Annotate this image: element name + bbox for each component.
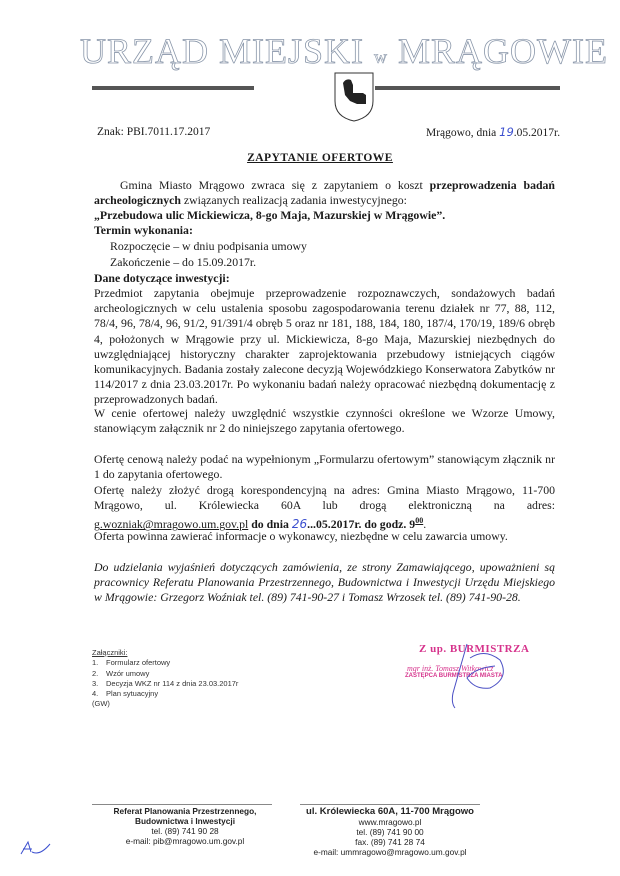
- investment-data-paragraph: Przedmiot zapytania obejmuje przeprowadz…: [94, 286, 555, 408]
- termin-heading: Termin wykonania:: [94, 223, 193, 238]
- reference-label: Znak:: [97, 126, 124, 138]
- author-initials: (GW): [92, 699, 238, 709]
- intro-paragraph: Gmina Miasto Mrągowo zwraca się z zapyta…: [94, 178, 555, 208]
- price-paragraph: W cenie ofertowej należy uwzględnić wszy…: [94, 406, 555, 436]
- date-rest: .05.2017r.: [514, 127, 560, 139]
- footer-office-address: ul. Królewiecka 60A, 11-700 Mrągowo: [300, 806, 480, 817]
- footer-dept-line1: Referat Planowania Przestrzennego,: [100, 806, 270, 816]
- footer-rule-left: [92, 804, 272, 805]
- official-stamp: Z up. BURMISTRZA mgr inż. Tomasz Witkowi…: [405, 638, 565, 708]
- signature-icon: [405, 638, 565, 713]
- letterhead-title-w: w: [374, 47, 388, 67]
- footer-office-fax: fax. (89) 741 28 74: [300, 837, 480, 847]
- footer-office: ul. Królewiecka 60A, 11-700 Mrągowo www.…: [300, 806, 480, 857]
- attachment-num: 1.: [92, 658, 106, 668]
- letterhead-rule-right: [375, 86, 560, 90]
- intro-text-2: związanych realizacją zadania inwestycyj…: [181, 193, 407, 207]
- footer-dept-email: e-mail: pib@mragowo.um.gov.pl: [100, 836, 270, 846]
- handwritten-initials-icon: [18, 838, 54, 858]
- letterhead-title-part2: MRĄGOWIE: [398, 31, 608, 71]
- offer-contents-paragraph: Oferta powinna zawierać informacje o wyk…: [94, 529, 555, 544]
- investment-data-heading: Dane dotyczące inwestycji:: [94, 271, 230, 286]
- attachment-item: 3.Decyzja WKZ nr 114 z dnia 23.03.2017r: [92, 679, 238, 689]
- footer-rule-right: [300, 804, 480, 805]
- footer-office-phone: tel. (89) 741 90 00: [300, 827, 480, 837]
- letterhead-rule-left: [92, 86, 254, 90]
- attachments-title: Załączniki:: [92, 648, 238, 658]
- attachment-item: 4.Plan sytuacyjny: [92, 689, 238, 699]
- offer-submission-paragraph: Ofertę należy złożyć drogą korespondency…: [94, 483, 555, 533]
- footer-department: Referat Planowania Przestrzennego, Budow…: [100, 806, 270, 846]
- footer-office-website: www.mragowo.pl: [300, 817, 480, 827]
- attachments-list: Załączniki: 1.Formularz ofertowy 2.Wzór …: [92, 648, 238, 710]
- attachment-label: Decyzja WKZ nr 114 z dnia 23.03.2017r: [106, 679, 238, 688]
- letterhead-title: URZĄD MIEJSKI w MRĄGOWIE: [80, 30, 560, 72]
- submission-text: Ofertę należy złożyć drogą korespondency…: [94, 483, 555, 512]
- document-title: ZAPYTANIE OFERTOWE: [80, 152, 560, 164]
- footer-dept-phone: tel. (89) 741 90 28: [100, 826, 270, 836]
- reference-value: PBI.7011.17.2017: [127, 126, 211, 138]
- place-date: Mrągowo, dnia 19.05.2017r.: [426, 125, 560, 140]
- reference-number: Znak: PBI.7011.17.2017: [97, 125, 210, 139]
- attachment-item: 1.Formularz ofertowy: [92, 658, 238, 668]
- attachment-num: 2.: [92, 669, 106, 679]
- attachment-item: 2.Wzór umowy: [92, 669, 238, 679]
- attachment-label: Wzór umowy: [106, 669, 149, 678]
- attachment-num: 3.: [92, 679, 106, 689]
- attachment-label: Formularz ofertowy: [106, 658, 170, 667]
- footer-dept-line2: Budownictwa i Inwestycji: [100, 816, 270, 826]
- coat-of-arms-icon: [333, 71, 375, 123]
- place-date-prefix: Mrągowo, dnia: [426, 127, 496, 139]
- attachment-num: 4.: [92, 689, 106, 699]
- contact-paragraph: Do udzielania wyjaśnień dotyczących zamó…: [94, 560, 555, 606]
- footer-office-email: e-mail: ummragowo@mragowo.um.gov.pl: [300, 847, 480, 857]
- project-title: „Przebudowa ulic Mickiewicza, 8-go Maja,…: [94, 208, 445, 223]
- handwritten-day: 19: [499, 125, 514, 139]
- termin-start: Rozpoczęcie – w dniu podpisania umowy: [110, 239, 307, 254]
- letterhead-title-part1: URZĄD MIEJSKI: [80, 31, 364, 71]
- deadline-minutes: 00: [415, 516, 423, 525]
- offer-form-paragraph: Ofertę cenową należy podać na wypełniony…: [94, 452, 555, 482]
- termin-end: Zakończenie – do 15.09.2017r.: [110, 255, 256, 270]
- attachment-label: Plan sytuacyjny: [106, 689, 158, 698]
- intro-text-1: Gmina Miasto Mrągowo zwraca się z zapyta…: [120, 178, 430, 192]
